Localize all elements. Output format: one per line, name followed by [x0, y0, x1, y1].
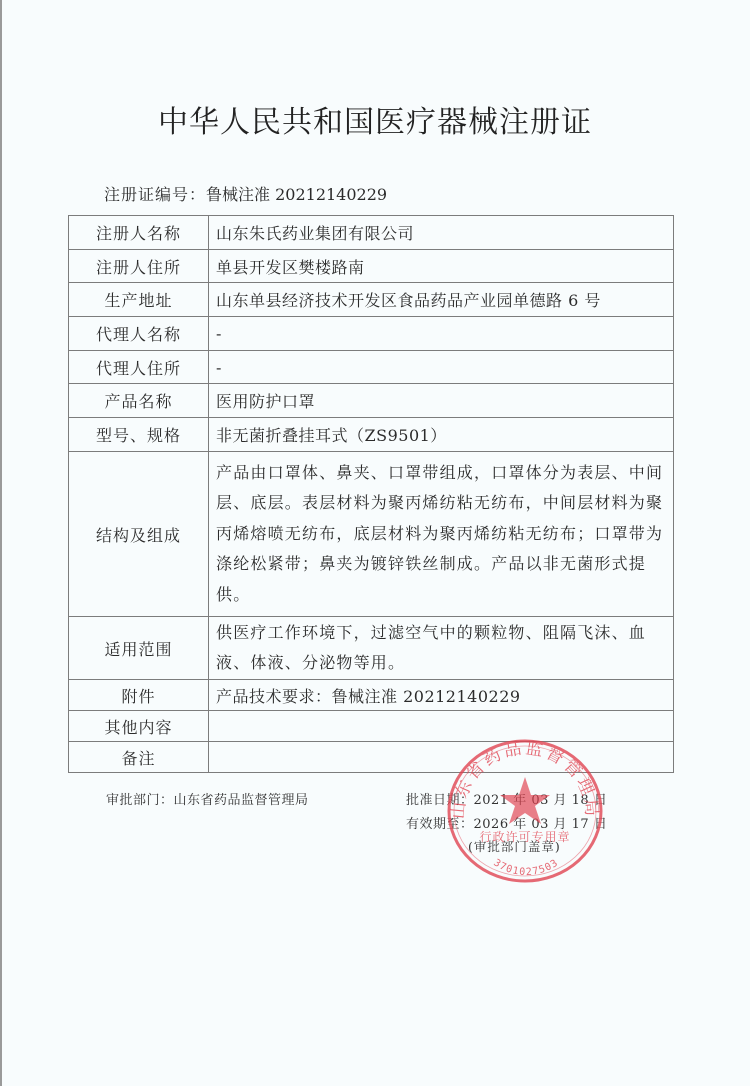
registration-number-label: 注册证编号： — [104, 185, 206, 204]
table-row-registrant-address: 注册人住所 单县开发区樊楼路南 — [69, 250, 674, 283]
expiry-date: 有效期至：2026 年 03 月 17 日 — [406, 813, 607, 832]
approval-date: 批准日期：2021 年 03 月 18 日 — [406, 789, 607, 808]
table-row-structure: 结构及组成 产品由口罩体、鼻夹、口罩带组成，口罩体分为表层、中间层、底层。表层材… — [69, 452, 674, 617]
row-value: 单县开发区樊楼路南 — [209, 250, 674, 283]
row-label: 型号、规格 — [69, 418, 209, 452]
row-label: 附件 — [69, 680, 209, 711]
certificate-table: 注册人名称 山东朱氏药业集团有限公司 注册人住所 单县开发区樊楼路南 生产地址 … — [68, 215, 674, 773]
row-value: - — [209, 317, 674, 351]
table-row-production-address: 生产地址 山东单县经济技术开发区食品药品产业园单德路 6 号 — [69, 283, 674, 317]
row-label: 代理人名称 — [69, 317, 209, 351]
row-value — [209, 711, 674, 742]
row-label: 其他内容 — [69, 711, 209, 742]
row-value: 医用防护口罩 — [209, 384, 674, 418]
row-value: 非无菌折叠挂耳式（ZS9501） — [209, 418, 674, 452]
row-value: 产品由口罩体、鼻夹、口罩带组成，口罩体分为表层、中间层、底层。表层材料为聚丙烯纺… — [209, 452, 674, 617]
table-row-agent-address: 代理人住所 - — [69, 351, 674, 384]
page-edge — [0, 0, 2, 1086]
approving-department: 审批部门：山东省药品监督管理局 — [106, 789, 309, 808]
table-row-scope: 适用范围 供医疗工作环境下，过滤空气中的颗粒物、阻隔飞沫、血液、体液、分泌物等用… — [69, 617, 674, 680]
seal-note: (审批部门盖章) — [468, 837, 561, 855]
row-label: 结构及组成 — [69, 452, 209, 617]
table-row-registrant-name: 注册人名称 山东朱氏药业集团有限公司 — [69, 216, 674, 250]
row-value: - — [209, 351, 674, 384]
table-row-model-spec: 型号、规格 非无菌折叠挂耳式（ZS9501） — [69, 418, 674, 452]
table-row-attachment: 附件 产品技术要求：鲁械注准 20212140229 — [69, 680, 674, 711]
row-value: 供医疗工作环境下，过滤空气中的颗粒物、阻隔飞沫、血液、体液、分泌物等用。 — [209, 617, 674, 680]
row-value — [209, 742, 674, 773]
row-label: 备注 — [69, 742, 209, 773]
table-row-other: 其他内容 — [69, 711, 674, 742]
table-row-remarks: 备注 — [69, 742, 674, 773]
row-label: 代理人住所 — [69, 351, 209, 384]
row-label: 生产地址 — [69, 283, 209, 317]
table-row-product-name: 产品名称 医用防护口罩 — [69, 384, 674, 418]
registration-number: 注册证编号：鲁械注准 20212140229 — [104, 182, 387, 205]
registration-number-value: 鲁械注准 20212140229 — [206, 185, 387, 204]
row-label: 产品名称 — [69, 384, 209, 418]
row-label: 注册人名称 — [69, 216, 209, 250]
row-value: 山东朱氏药业集团有限公司 — [209, 216, 674, 250]
table-row-agent-name: 代理人名称 - — [69, 317, 674, 351]
row-label: 注册人住所 — [69, 250, 209, 283]
row-value: 山东单县经济技术开发区食品药品产业园单德路 6 号 — [209, 283, 674, 317]
svg-text:3701027503: 3701027503 — [491, 857, 560, 878]
row-value: 产品技术要求：鲁械注准 20212140229 — [209, 680, 674, 711]
page-title: 中华人民共和国医疗器械注册证 — [0, 97, 750, 141]
row-label: 适用范围 — [69, 617, 209, 680]
